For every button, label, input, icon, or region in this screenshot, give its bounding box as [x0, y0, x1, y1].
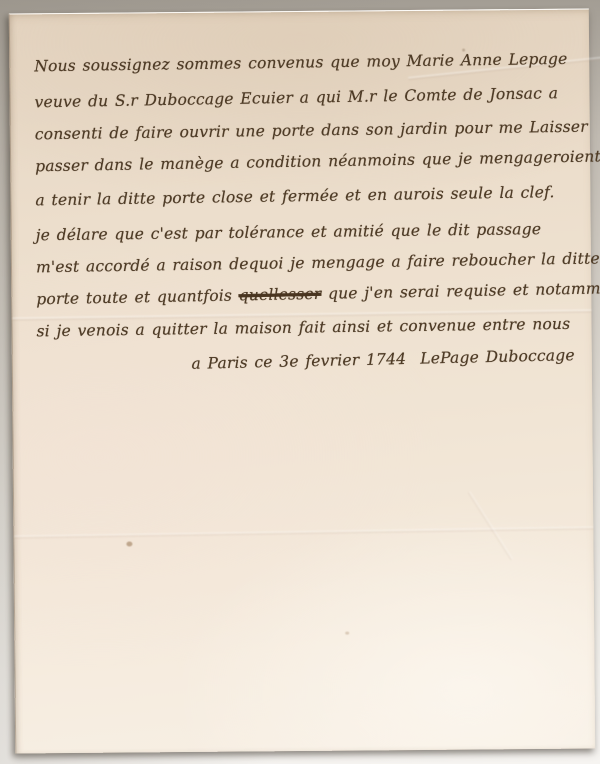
letter-line: a tenir la ditte porte close et fermée e… [35, 176, 577, 217]
line-text-before-strike: porte toute et quantfois [36, 286, 239, 308]
struck-out-word: quellesser [239, 285, 322, 305]
letter-line: Nous soussignez sommes convenus que moy … [34, 43, 576, 83]
paper-stain [345, 632, 349, 635]
dateline: a Paris ce 3e fevrier 1744 [191, 350, 406, 373]
fold-crease-lower [14, 526, 593, 538]
line-text-after-strike: que j'en serai requise et notamment [321, 279, 600, 303]
paper-stain [126, 541, 132, 546]
photo-backdrop: Nous soussignez sommes convenus que moy … [0, 0, 600, 764]
letter-paper: Nous soussignez sommes convenus que moy … [9, 8, 595, 753]
letter-body: Nous soussignez sommes convenus que moy … [34, 42, 579, 384]
fold-crease-diagonal [468, 491, 514, 560]
signature: LePage Duboccage [420, 346, 575, 368]
